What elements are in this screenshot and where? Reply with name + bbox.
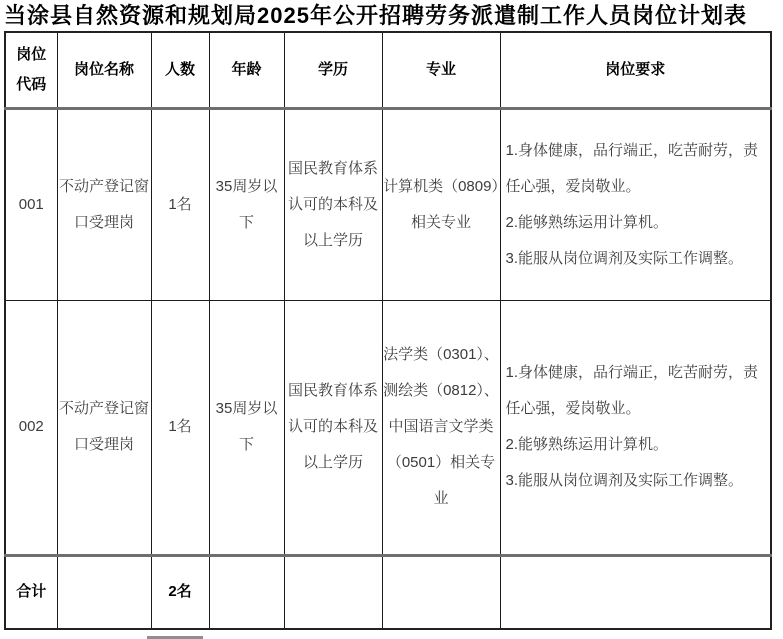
table-total-row: 合计 2名 bbox=[5, 555, 771, 629]
total-count-cell: 2名 bbox=[151, 555, 209, 629]
page-title: 当涂县自然资源和规划局2025年公开招聘劳务派遣制工作人员岗位计划表 bbox=[4, 2, 783, 30]
education-cell: 国民教育体系认可的本科及以上学历 bbox=[284, 300, 382, 555]
header-education: 学历 bbox=[284, 32, 382, 108]
header-age: 年龄 bbox=[209, 32, 284, 108]
requirement-item: 2.能够熟练运用计算机。 bbox=[506, 427, 766, 463]
requirements-cell: 1.身体健康，品行端正，吃苦耐劳，责任心强，爱岗敬业。 2.能够熟练运用计算机。… bbox=[500, 108, 771, 300]
requirement-item: 3.能服从岗位调剂及实际工作调整。 bbox=[506, 241, 766, 277]
header-major: 专业 bbox=[382, 32, 500, 108]
table-header-row: 岗位代码 岗位名称 人数 年龄 学历 专业 岗位要求 bbox=[5, 32, 771, 108]
requirement-item: 1.身体健康，品行端正，吃苦耐劳，责任心强，爱岗敬业。 bbox=[506, 133, 766, 205]
header-headcount: 人数 bbox=[151, 32, 209, 108]
empty-cell bbox=[500, 555, 771, 629]
header-requirements: 岗位要求 bbox=[500, 32, 771, 108]
requirement-item: 3.能服从岗位调剂及实际工作调整。 bbox=[506, 463, 766, 499]
headcount-cell: 1名 bbox=[151, 108, 209, 300]
empty-cell bbox=[209, 555, 284, 629]
header-position-code: 岗位代码 bbox=[5, 32, 57, 108]
age-cell: 35周岁以下 bbox=[209, 108, 284, 300]
table-row-001: 001 不动产登记窗口受理岗 1名 35周岁以下 国民教育体系认可的本科及以上学… bbox=[5, 108, 771, 300]
major-cell: 法学类（0301）、测绘类（0812）、中国语言文学类（0501）相关专业 bbox=[382, 300, 500, 555]
job-plan-table: 岗位代码 岗位名称 人数 年龄 学历 专业 岗位要求 001 不动产登记窗口受理… bbox=[4, 31, 772, 630]
requirement-item: 1.身体健康，品行端正，吃苦耐劳，责任心强，爱岗敬业。 bbox=[506, 355, 766, 427]
table-row-002: 002 不动产登记窗口受理岗 1名 35周岁以下 国民教育体系认可的本科及以上学… bbox=[5, 300, 771, 555]
position-name-cell: 不动产登记窗口受理岗 bbox=[57, 300, 151, 555]
position-code-cell: 001 bbox=[5, 108, 57, 300]
total-label-cell: 合计 bbox=[5, 555, 57, 629]
empty-cell bbox=[57, 555, 151, 629]
requirement-item: 2.能够熟练运用计算机。 bbox=[506, 205, 766, 241]
header-position-name: 岗位名称 bbox=[57, 32, 151, 108]
empty-cell bbox=[284, 555, 382, 629]
education-cell: 国民教育体系认可的本科及以上学历 bbox=[284, 108, 382, 300]
age-cell: 35周岁以下 bbox=[209, 300, 284, 555]
headcount-cell: 1名 bbox=[151, 300, 209, 555]
position-code-cell: 002 bbox=[5, 300, 57, 555]
empty-cell bbox=[382, 555, 500, 629]
requirements-cell: 1.身体健康，品行端正，吃苦耐劳，责任心强，爱岗敬业。 2.能够熟练运用计算机。… bbox=[500, 300, 771, 555]
major-cell: 计算机类（0809）相关专业 bbox=[382, 108, 500, 300]
position-name-cell: 不动产登记窗口受理岗 bbox=[57, 108, 151, 300]
